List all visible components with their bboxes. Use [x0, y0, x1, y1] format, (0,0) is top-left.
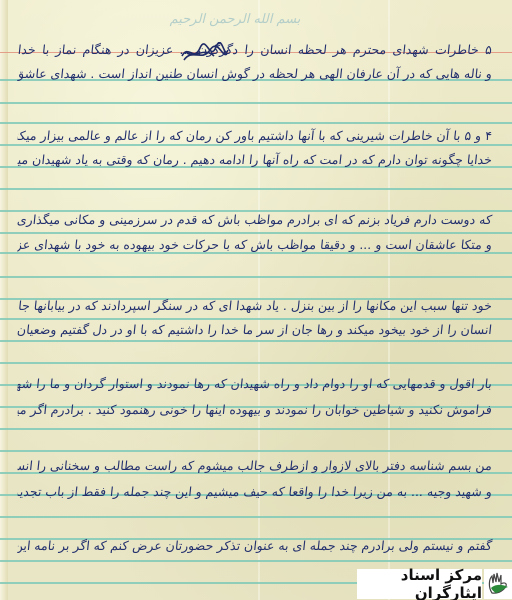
letter-line: من بسم شناسه دفتر بالای لازوار و ازطرف ج… [17, 458, 493, 473]
ruled-line [0, 450, 512, 452]
ruled-line [0, 252, 512, 254]
letter-line: و شهید وجیه ... به من زیرا خدا را واقعا … [17, 484, 493, 499]
ruled-line [0, 144, 512, 146]
ruled-line [0, 188, 512, 190]
ruled-line [0, 276, 512, 278]
paper-edge [0, 0, 8, 600]
ruled-line [0, 362, 512, 364]
ruled-line [0, 232, 512, 234]
hand-dove-logo-icon [484, 569, 512, 599]
ruled-line [0, 516, 512, 518]
faded-heading: بسم الله الرحمن الرحیم [150, 12, 320, 27]
ruled-line [0, 102, 512, 104]
letter-line: ۵ خاطرات شهدای محترم هر لحظه انسان را دگ… [17, 42, 493, 57]
watermark-text: مرکز اسناد ایثارگران [357, 569, 482, 599]
letter-line: خدایا چگونه توان دارم که در امت که راه آ… [17, 152, 493, 167]
letter-line: انسان را از خود بیخود میکند و رها جان از… [17, 322, 493, 337]
ruled-line [0, 340, 512, 342]
letter-line: خود تنها سبب این مکانها را از بین بنزل .… [17, 298, 493, 313]
letter-line: گفتم و نیستم ولی برادرم چند جمله ای به ع… [17, 538, 493, 553]
letter-line: بار اقول و قدمهایی که او را دوام داد و ر… [17, 376, 493, 391]
letter-line: که دوست دارم فریاد بزنم که ای برادرم موا… [17, 212, 493, 227]
ruled-line [0, 428, 512, 430]
letter-line: و ناله هایی که در آن عارفان الهی هر لحظه… [17, 66, 493, 81]
archive-watermark: مرکز اسناد ایثارگران [357, 568, 512, 600]
ruled-line [0, 560, 512, 562]
letter-line: ۴ و ۵ با آن خاطرات شیرینی که با آنها داش… [17, 128, 493, 143]
ruled-line [0, 122, 512, 124]
letter-line: و متکا عاشقان است و ... و دقیقا مواظب با… [17, 237, 493, 252]
letter-line: فراموش نکنید و شیاطین خوابان را نمودند و… [17, 402, 493, 417]
ruled-line [0, 318, 512, 320]
